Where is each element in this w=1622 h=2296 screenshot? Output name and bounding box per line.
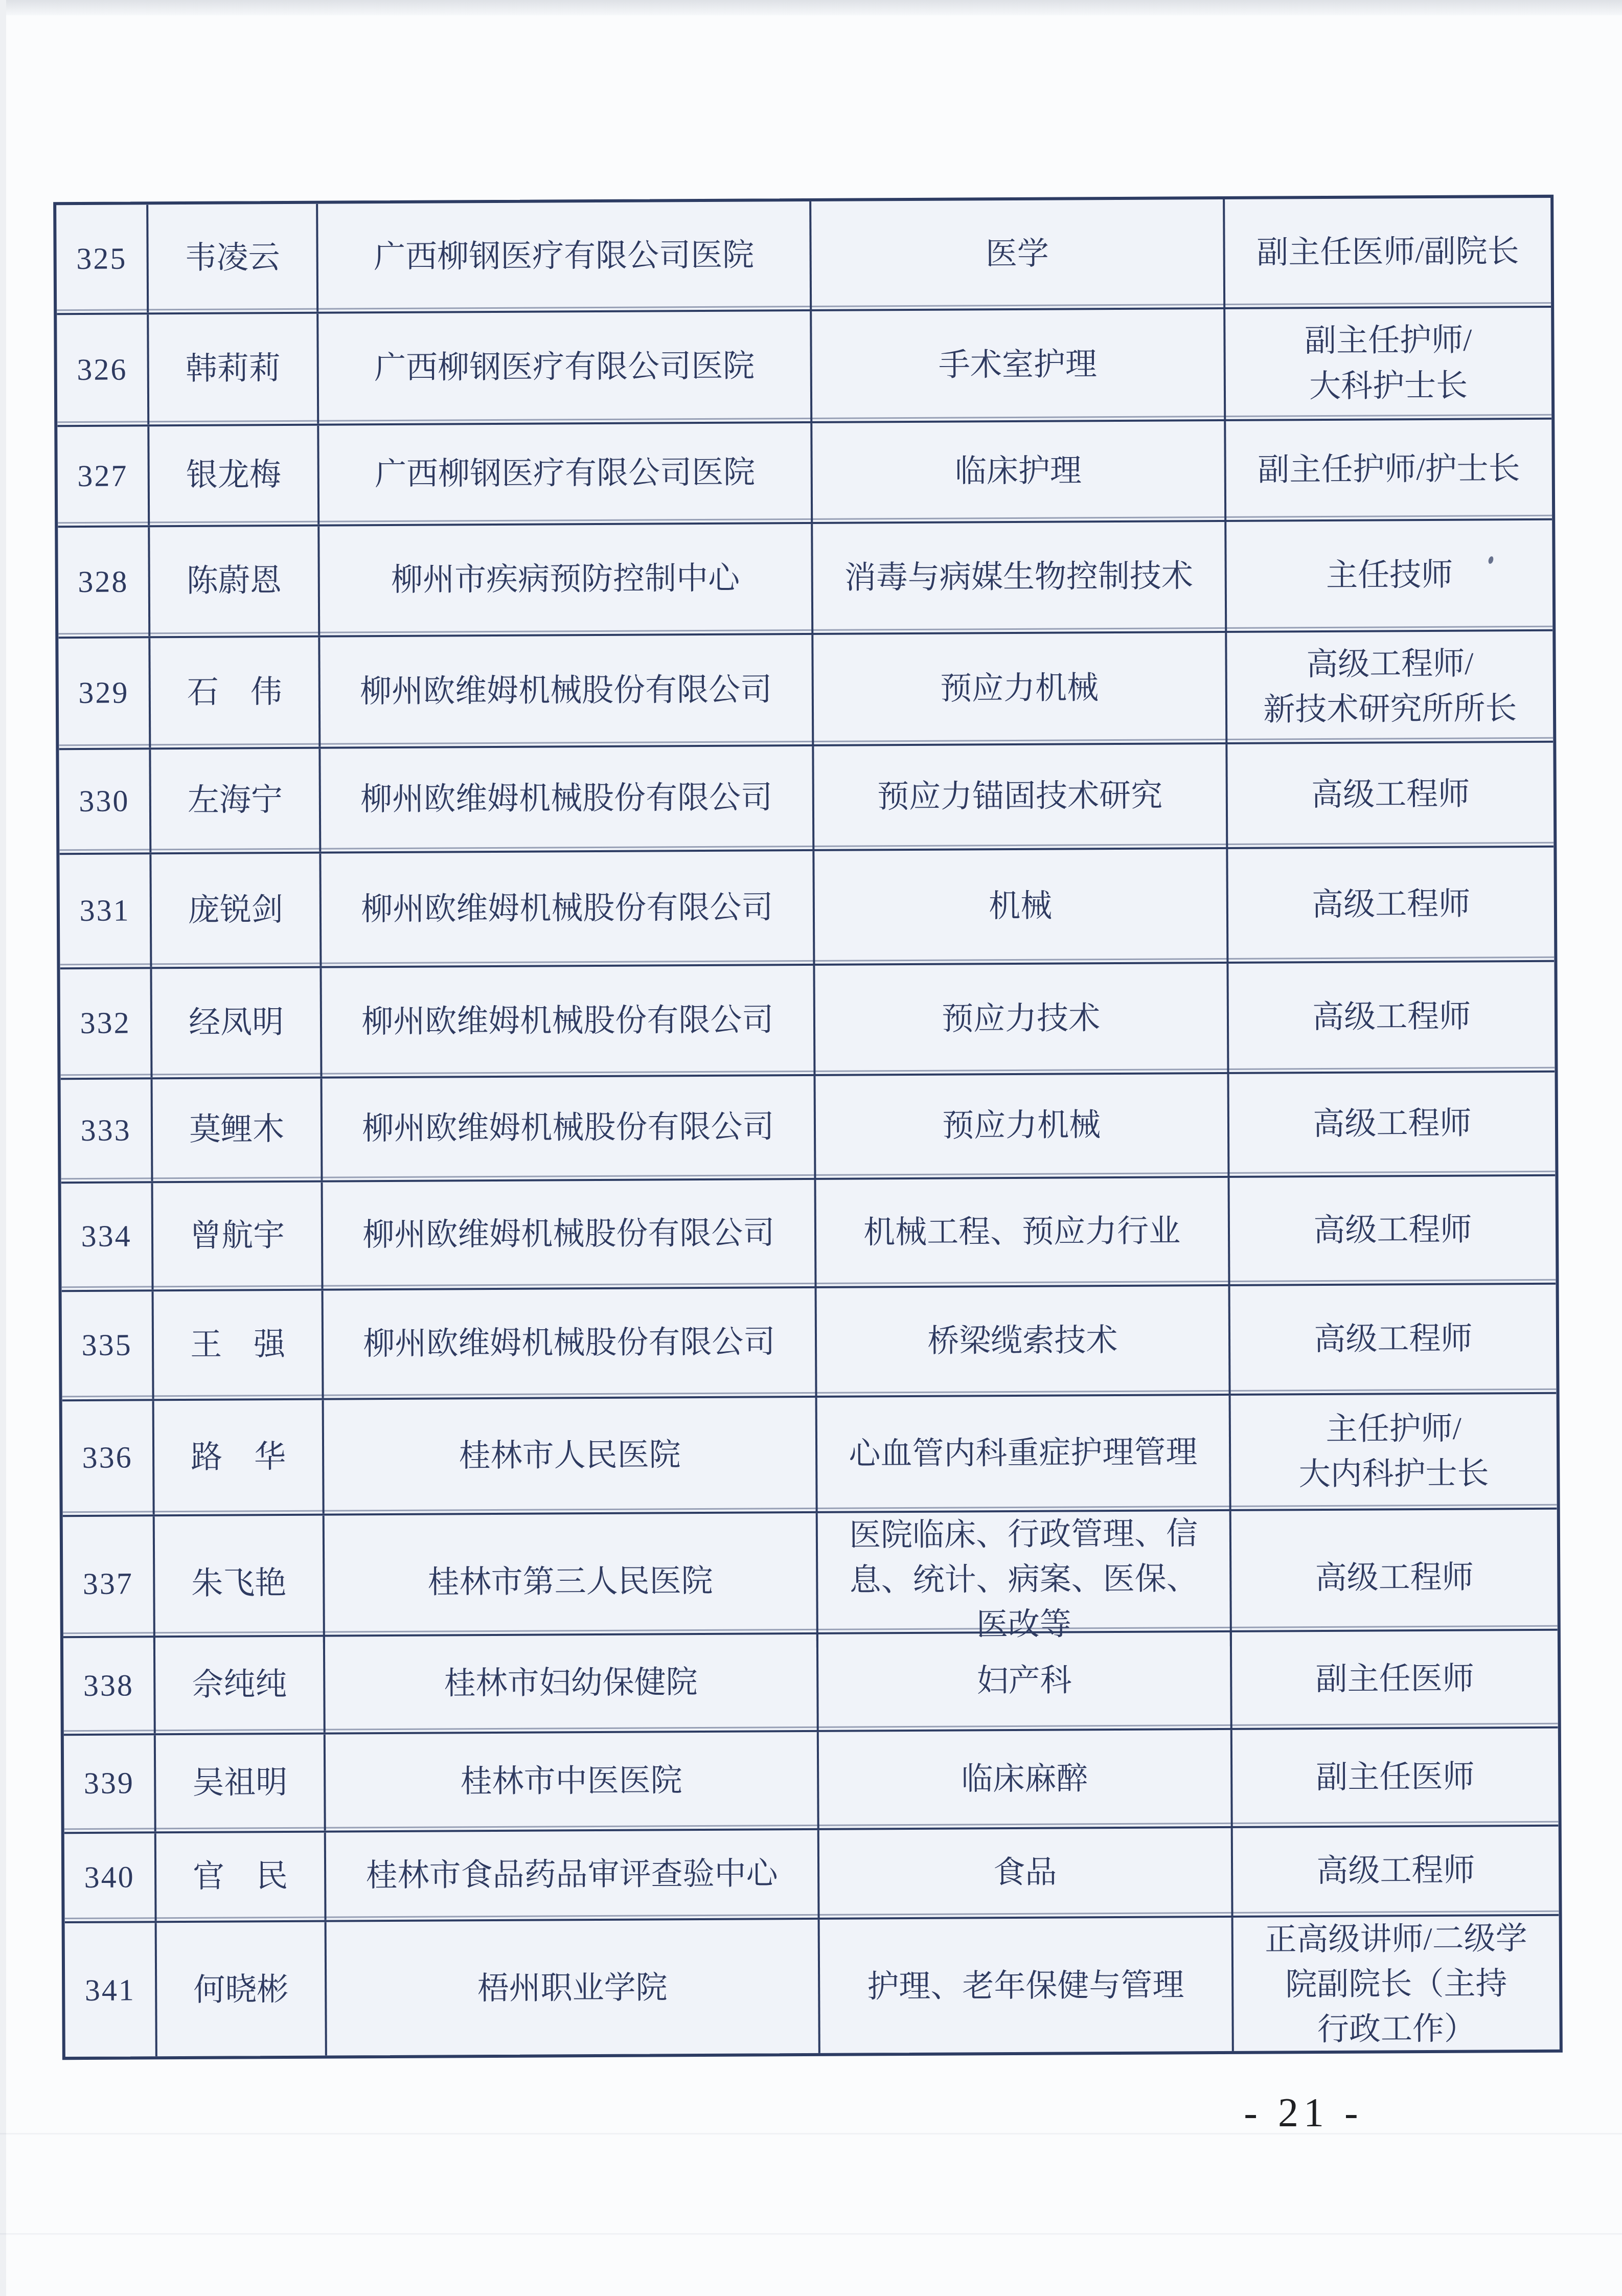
job-title-cell: 主任技师 (1224, 520, 1552, 631)
person-name-cell: 官 民 (154, 1833, 324, 1921)
personnel-table: 325 韦凌云 广西柳钢医疗有限公司医院 医学 副主任医师/副院长 326 韩莉… (53, 195, 1563, 2060)
table-row: 335 王 强 柳州欧维姆机械股份有限公司 桥梁缆索技术 高级工程师 (62, 1283, 1557, 1399)
job-title-cell: 高级工程师 (1230, 1827, 1559, 1916)
specialty-cell: 医院临床、行政管理、信 息、统计、病案、医保、 医改等 (816, 1511, 1230, 1648)
job-title-cell: 主任护师/ 大内科护士长 (1228, 1394, 1557, 1509)
specialty-cell: 妇产科 (816, 1632, 1230, 1730)
specialty-cell: 医学 (809, 199, 1223, 309)
job-title-cell: 副主任护师/ 大科护士长 (1223, 308, 1551, 419)
table-row: 332 经凤明 柳州欧维姆机械股份有限公司 预应力技术 高级工程师 (60, 960, 1555, 1078)
table-row: 330 左海宁 柳州欧维姆机械股份有限公司 预应力锚固技术研究 高级工程师 (59, 741, 1554, 853)
person-name-cell: 何晓彬 (155, 1922, 325, 2058)
row-number-cell: 332 (60, 969, 150, 1078)
organization-cell: 桂林市第三人民医院 (323, 1513, 816, 1651)
person-name-cell: 曾航宇 (151, 1183, 322, 1290)
specialty-cell: 临床护理 (810, 421, 1224, 522)
row-number-cell: 336 (62, 1401, 153, 1515)
organization-cell: 柳州欧维姆机械股份有限公司 (320, 1076, 814, 1180)
organization-cell: 桂林市食品药品审评查验中心 (324, 1830, 818, 1920)
table-row: 334 曾航宇 柳州欧维姆机械股份有限公司 机械工程、预应力行业 高级工程师 (61, 1174, 1556, 1290)
table-row: 326 韩莉莉 广西柳钢医疗有限公司医院 手术室护理 副主任护师/ 大科护士长 (57, 306, 1551, 425)
person-name-cell: 左海宁 (149, 749, 319, 853)
job-title-cell: 高级工程师 (1225, 743, 1554, 847)
organization-cell: 桂林市妇幼保健院 (323, 1634, 817, 1733)
specialty-cell: 临床麻醉 (817, 1730, 1231, 1828)
person-name-cell: 韦凌云 (146, 204, 316, 313)
page-number: - 21 - (1206, 2090, 1401, 2136)
row-number-cell: 338 (63, 1638, 154, 1734)
person-name-cell: 庞锐剑 (150, 854, 320, 967)
person-name-cell: 银龙梅 (148, 426, 318, 526)
specialty-cell: 手术室护理 (810, 309, 1224, 421)
row-number-cell: 340 (64, 1833, 155, 1921)
table-row: 325 韦凌云 广西柳钢医疗有限公司医院 医学 副主任医师/副院长 (56, 198, 1551, 313)
person-name-cell: 经凤明 (150, 968, 321, 1078)
job-title-cell: 高级工程师 (1228, 1285, 1556, 1394)
job-title-cell: 高级工程师 (1227, 1176, 1556, 1284)
specialty-cell: 桥梁缆索技术 (814, 1286, 1228, 1396)
table-row: 341 何晓彬 梧州职业学院 护理、老年保健与管理 正高级讲师/二级学 院副院长… (65, 1914, 1560, 2057)
organization-cell: 桂林市人民医院 (322, 1398, 816, 1514)
person-name-cell: 韩莉莉 (147, 314, 317, 425)
table-row: 327 银龙梅 广西柳钢医疗有限公司医院 临床护理 副主任护师/护士长 (57, 418, 1552, 526)
person-name-cell: 吴祖明 (154, 1735, 324, 1832)
job-title-cell: 正高级讲师/二级学 院副院长（主持 行政工作） (1231, 1916, 1560, 2053)
row-number-cell: 326 (57, 314, 147, 425)
specialty-cell: 预应力机械 (813, 1074, 1227, 1178)
organization-cell: 柳州欧维姆机械股份有限公司 (319, 966, 813, 1077)
specialty-cell: 护理、老年保健与管理 (818, 1918, 1232, 2055)
person-name-cell: 路 华 (152, 1400, 323, 1515)
table-row: 329 石 伟 柳州欧维姆机械股份有限公司 预应力机械 高级工程师/ 新技术研究… (58, 629, 1553, 748)
specialty-cell: 心血管内科重症护理管理 (815, 1396, 1229, 1511)
row-number-cell: 337 (63, 1516, 154, 1652)
table-row: 338 佘纯纯 桂林市妇幼保健院 妇产科 副主任医师 (63, 1629, 1558, 1734)
organization-cell: 广西柳钢医疗有限公司医院 (316, 201, 810, 312)
table-row: 333 莫鲤木 柳州欧维姆机械股份有限公司 预应力机械 高级工程师 (61, 1071, 1556, 1181)
specialty-cell: 机械工程、预应力行业 (814, 1178, 1228, 1286)
row-number-cell: 329 (58, 638, 149, 748)
job-title-cell: 高级工程师/ 新技术研究所所长 (1225, 631, 1553, 742)
organization-cell: 柳州欧维姆机械股份有限公司 (321, 1288, 815, 1398)
table-row: 337 朱飞艳 桂林市第三人民医院 医院临床、行政管理、信 息、统计、病案、医保… (63, 1508, 1558, 1636)
specialty-cell: 预应力锚固技术研究 (812, 744, 1226, 849)
specialty-cell: 消毒与病媒生物控制技术 (811, 522, 1225, 633)
organization-cell: 柳州欧维姆机械股份有限公司 (319, 851, 813, 966)
specialty-cell: 机械 (812, 849, 1226, 964)
row-number-cell: 339 (64, 1735, 154, 1832)
job-title-cell: 高级工程师 (1226, 848, 1554, 962)
job-title-cell: 高级工程师 (1226, 962, 1555, 1072)
row-number-cell: 327 (57, 426, 148, 526)
scan-edge-left (0, 0, 6, 2296)
table-row: 339 吴祖明 桂林市中医医院 临床麻醉 副主任医师 (64, 1726, 1559, 1832)
row-number-cell: 325 (56, 204, 147, 313)
person-name-cell: 佘纯纯 (153, 1637, 324, 1734)
person-name-cell: 朱飞艳 (153, 1516, 323, 1652)
specialty-cell: 食品 (817, 1828, 1231, 1918)
organization-cell: 梧州职业学院 (324, 1920, 818, 2057)
row-number-cell: 341 (65, 1923, 156, 2058)
person-name-cell: 石 伟 (149, 638, 319, 748)
organization-cell: 柳州市疾病预防控制中心 (317, 524, 811, 635)
row-number-cell: 335 (62, 1291, 152, 1399)
organization-cell: 桂林市中医医院 (324, 1732, 817, 1831)
specialty-cell: 预应力机械 (811, 633, 1225, 744)
scan-edge-top (0, 0, 1622, 15)
table-row: 340 官 民 桂林市食品药品审评查验中心 食品 高级工程师 (64, 1825, 1559, 1921)
table-row: 336 路 华 桂林市人民医院 心血管内科重症护理管理 主任护师/ 大内科护士长 (62, 1392, 1557, 1515)
scan-artifact-line (0, 2233, 1622, 2235)
table-row: 331 庞锐剑 柳州欧维姆机械股份有限公司 机械 高级工程师 (59, 846, 1554, 967)
job-title-cell: 副主任医师 (1229, 1631, 1558, 1728)
organization-cell: 柳州欧维姆机械股份有限公司 (318, 635, 812, 747)
job-title-cell: 高级工程师 (1227, 1073, 1555, 1176)
job-title-cell: 副主任护师/护士长 (1224, 420, 1552, 520)
row-number-cell: 331 (59, 854, 150, 967)
job-title-cell: 副主任医师/副院长 (1223, 198, 1551, 307)
organization-cell: 柳州欧维姆机械股份有限公司 (321, 1180, 814, 1289)
scanned-document-page: 325 韦凌云 广西柳钢医疗有限公司医院 医学 副主任医师/副院长 326 韩莉… (0, 0, 1622, 2296)
job-title-cell: 高级工程师 (1229, 1510, 1558, 1646)
table-row: 328 陈蔚恩 柳州市疾病预防控制中心 消毒与病媒生物控制技术 主任技师 (58, 518, 1552, 636)
organization-cell: 广西柳钢医疗有限公司医院 (317, 423, 811, 525)
organization-cell: 广西柳钢医疗有限公司医院 (316, 311, 810, 424)
specialty-cell: 预应力技术 (813, 964, 1227, 1074)
row-number-cell: 334 (61, 1183, 152, 1290)
job-title-cell: 副主任医师 (1230, 1729, 1558, 1826)
organization-cell: 柳州欧维姆机械股份有限公司 (318, 746, 812, 852)
row-number-cell: 333 (61, 1079, 151, 1181)
person-name-cell: 莫鲤木 (151, 1079, 321, 1181)
row-number-cell: 330 (59, 749, 149, 853)
person-name-cell: 陈蔚恩 (148, 527, 318, 636)
row-number-cell: 328 (58, 527, 148, 636)
person-name-cell: 王 强 (152, 1291, 322, 1399)
